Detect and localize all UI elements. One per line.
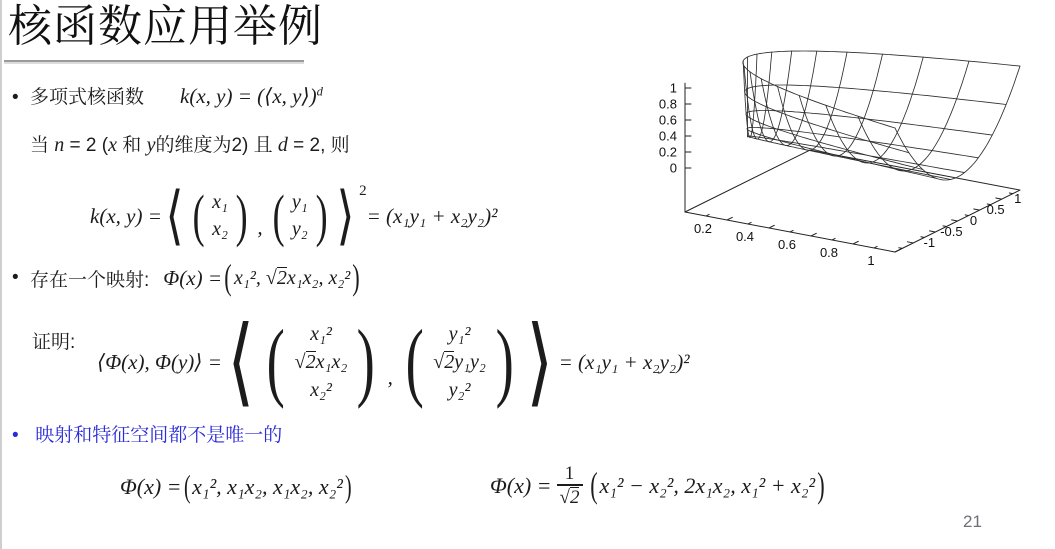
bullet-marker: •	[12, 267, 30, 289]
formula-lhs: k(x, y) =	[90, 204, 162, 229]
right-paren: )	[353, 261, 360, 294]
fraction: 1 √2	[557, 463, 583, 509]
svg-text:0: 0	[670, 161, 677, 176]
bullet2-label: 存在一个映射:	[30, 265, 149, 292]
bullet-marker: •	[12, 425, 30, 447]
left-paren: (	[590, 469, 597, 502]
right-angle-bracket: ⟩	[337, 186, 355, 247]
svg-text:1: 1	[1014, 191, 1021, 206]
phi-lhs: Φ(x) =	[163, 266, 222, 291]
numerator: 1	[565, 463, 575, 484]
right-paren: )	[315, 189, 327, 242]
left-paren: (	[184, 472, 191, 501]
f1-components: x₁², x₁x₂, x₁x₂, x₂²	[192, 474, 343, 500]
right-paren: )	[817, 469, 824, 502]
svg-text:0.4: 0.4	[736, 229, 754, 244]
left-paren: (	[193, 189, 205, 242]
f1-lhs: Φ(x) =	[120, 474, 182, 500]
proof-rhs: = (x₁y₁ + x₂y₂)²	[559, 350, 690, 375]
vector-phi-y: ( y₁² √2y₁y₂ y₂² )	[400, 320, 519, 404]
svg-text:-1: -1	[924, 235, 936, 250]
proof-label: 证明:	[32, 327, 75, 354]
right-angle-bracket: ⟩	[526, 316, 553, 407]
bullet3-text: 映射和特征空间都不是唯一的	[35, 425, 282, 446]
svg-text:0.6: 0.6	[778, 237, 796, 252]
svg-text:0.4: 0.4	[659, 129, 677, 144]
right-paren: )	[236, 189, 248, 242]
vector-phi-x: ( x₁² √2x₁x₂ x₂² )	[261, 320, 380, 404]
svg-text:0.8: 0.8	[659, 97, 677, 112]
bullet-marker: •	[12, 87, 30, 109]
bullet-not-unique: • 映射和特征空间都不是唯一的	[12, 420, 282, 447]
left-paren: (	[405, 322, 423, 403]
right-paren: )	[495, 322, 513, 403]
svg-text:1: 1	[670, 81, 677, 96]
formula-proof: ⟨Φ(x), Φ(y)⟩ = ⟨ ( x₁² √2x₁x₂ x₂² ) , ( …	[97, 312, 690, 412]
right-paren: )	[357, 322, 375, 403]
formula-alt-map-2: Φ(x) = 1 √2 ( x₁² − x₂², 2x₁x₂, x₁² + x₂…	[490, 452, 827, 520]
left-paren: (	[272, 189, 284, 242]
svg-text:0.6: 0.6	[659, 113, 677, 128]
bullet-polynomial-kernel: • 多项式核函数 k(x, y) = (⟨x, y⟩)d	[12, 82, 323, 109]
exponent: 2	[359, 183, 367, 200]
polynomial-kernel-formula: k(x, y) = (⟨x, y⟩)d	[180, 84, 323, 109]
svg-text:-0.5: -0.5	[940, 224, 962, 239]
comma: ,	[257, 215, 262, 254]
svg-text:1: 1	[867, 253, 874, 268]
formula-alt-map-1: Φ(x) = ( x₁², x₁x₂, x₁x₂, x₂² )	[120, 458, 354, 516]
proof-lhs: ⟨Φ(x), Φ(y)⟩ =	[97, 350, 222, 375]
svg-text:0.8: 0.8	[820, 245, 838, 260]
svg-text:0.2: 0.2	[659, 145, 677, 160]
left-angle-bracket: ⟨	[227, 316, 254, 407]
vector-y: ( y₁ y₂ )	[269, 189, 332, 243]
plot-canvas: 00.20.40.60.810.20.40.60.81-1-0.500.51	[647, 25, 1055, 275]
vector-x: ( x₁ x₂ )	[189, 189, 252, 243]
bullet1-label: 多项式核函数	[30, 82, 144, 109]
left-paren: (	[267, 322, 285, 403]
formula-kernel-expansion: k(x, y) = ⟨ ( x₁ x₂ ) , ( y₁ y₂ ) ⟩ 2 = …	[90, 178, 497, 254]
svg-text:0.2: 0.2	[694, 221, 712, 236]
denominator: √2	[560, 486, 580, 509]
left-paren: (	[224, 261, 231, 294]
f2-components: x₁² − x₂², 2x₁x₂, x₁² + x₂²	[600, 473, 816, 499]
page-number: 21	[963, 512, 982, 532]
condition-line: 当 n = 2 (x 和 y的维度为2) 且 d = 2, 则	[30, 130, 350, 157]
formula-rhs: = (x₁y₁ + x₂y₂)²	[367, 204, 498, 229]
slide-title: 核函数应用举例	[8, 0, 323, 56]
phi-components: x₁², √2x₁x₂, x₂²	[234, 267, 350, 290]
title-underline	[4, 60, 304, 62]
left-angle-bracket: ⟨	[165, 186, 183, 247]
right-paren: )	[345, 472, 352, 501]
svg-text:0: 0	[970, 213, 977, 228]
bullet-feature-map: • 存在一个映射: Φ(x) = ( x₁², √2x₁x₂, x₂² )	[12, 256, 362, 300]
wireframe-surface-plot: 00.20.40.60.810.20.40.60.81-1-0.500.51	[647, 25, 1055, 275]
slide: 核函数应用举例 00.20.40.60.810.20.40.60.81-1-0.…	[0, 0, 1055, 549]
f2-lhs: Φ(x) =	[490, 473, 552, 499]
svg-text:0.5: 0.5	[987, 202, 1005, 217]
comma: ,	[388, 365, 393, 412]
